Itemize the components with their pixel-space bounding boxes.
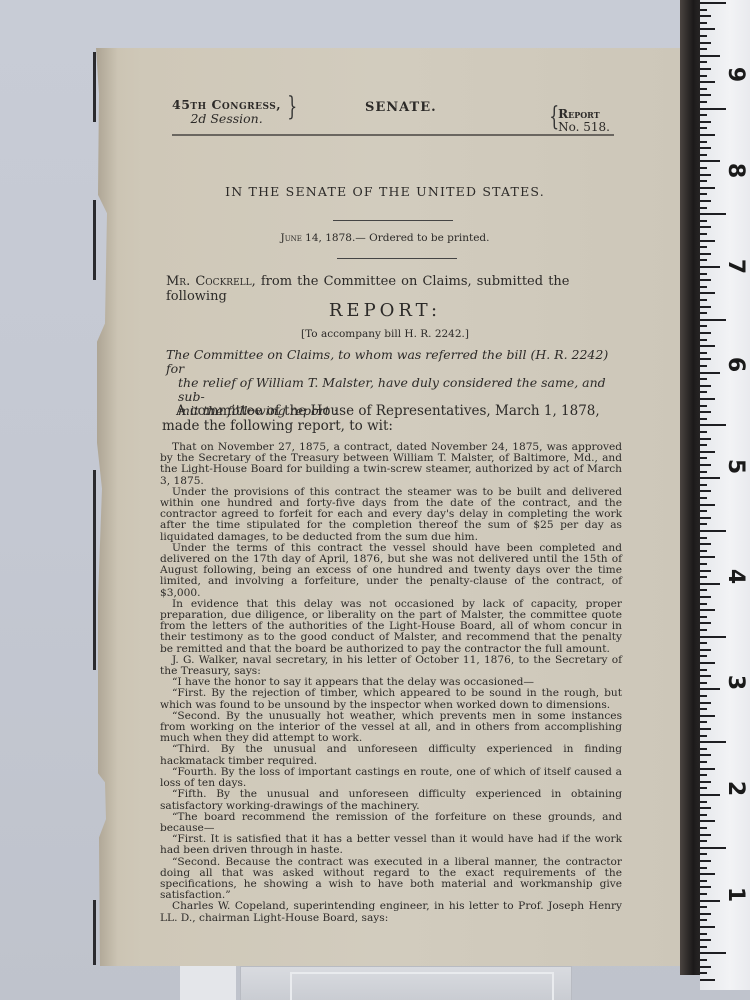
ruler-tick bbox=[700, 801, 707, 803]
ruler-tick bbox=[700, 438, 711, 440]
ruler-tick bbox=[700, 510, 707, 512]
document-header: 45th Congress, 2d Session. } SENATE. { R… bbox=[150, 92, 620, 132]
ruler-tick bbox=[700, 9, 707, 11]
ruler-tick bbox=[700, 299, 707, 301]
ruler-number: 6 bbox=[723, 357, 748, 372]
ruler-tick bbox=[700, 853, 707, 855]
ruler-tick bbox=[700, 834, 711, 836]
ruler-number: 8 bbox=[723, 163, 748, 178]
ruler-tick bbox=[700, 160, 720, 162]
ruler-tick bbox=[700, 768, 715, 770]
ruler-tick bbox=[700, 81, 715, 83]
ruler-tick bbox=[700, 735, 707, 737]
senator-name: Mr. Cockrell bbox=[166, 274, 252, 289]
ruler-tick bbox=[700, 959, 707, 961]
ruler-tick bbox=[700, 226, 711, 228]
ruler-tick bbox=[700, 966, 711, 968]
lead-paragraph: A committee of the House of Representati… bbox=[162, 404, 622, 434]
ruler-tick bbox=[700, 517, 711, 519]
ruler-tick bbox=[700, 754, 711, 756]
ruler-tick bbox=[700, 352, 707, 354]
ruler-tick bbox=[700, 933, 707, 935]
ruler-tick bbox=[700, 543, 711, 545]
ruler-tick bbox=[700, 497, 707, 499]
ruler-number: 2 bbox=[723, 781, 748, 796]
ruler-tick bbox=[700, 695, 707, 697]
ruler-tick bbox=[700, 240, 715, 242]
ruler-tick bbox=[700, 484, 707, 486]
ruler-tick bbox=[700, 886, 711, 888]
ruler-tick bbox=[700, 332, 711, 334]
ruler-shadow bbox=[680, 0, 702, 975]
ruler-tick bbox=[700, 523, 707, 525]
ruler-tick bbox=[700, 893, 707, 895]
ruler-tick bbox=[700, 563, 707, 565]
ruler-tick bbox=[700, 583, 720, 585]
body-paragraph: Under the terms of this contract the ves… bbox=[160, 543, 622, 599]
ruler-tick bbox=[700, 629, 707, 631]
ruler-tick bbox=[700, 418, 707, 420]
ruler-tick bbox=[700, 477, 720, 479]
ruler-tick bbox=[700, 385, 711, 387]
report-heading: REPORT: bbox=[150, 300, 620, 321]
body-paragraph: “The board recommend the remission of th… bbox=[160, 812, 622, 834]
ruler-tick bbox=[700, 233, 707, 235]
ruler-tick bbox=[700, 939, 711, 941]
ruler-tick bbox=[700, 213, 726, 215]
ruler-tick bbox=[700, 48, 707, 50]
ruler-tick bbox=[700, 391, 707, 393]
ruler-tick bbox=[700, 108, 726, 110]
ruler-tick bbox=[700, 266, 720, 268]
ruler-tick bbox=[700, 794, 720, 796]
ruler-tick bbox=[700, 781, 711, 783]
ruler-tick bbox=[700, 312, 707, 314]
ruler-tick bbox=[700, 424, 726, 426]
ruler-tick bbox=[700, 721, 707, 723]
body-paragraph: Charles W. Copeland, superintending engi… bbox=[160, 901, 622, 923]
ruler-tick bbox=[700, 662, 715, 664]
ruler-tick bbox=[700, 61, 707, 63]
ruler-tick bbox=[700, 279, 711, 281]
ruler-tick bbox=[700, 820, 715, 822]
ruler-tick bbox=[700, 642, 707, 644]
ruler-tick bbox=[700, 28, 715, 30]
ruler-tick bbox=[700, 675, 711, 677]
session-label: 2d Session. bbox=[172, 112, 281, 126]
intro-line: the relief of William T. Malster, have d… bbox=[166, 376, 622, 404]
report-number: No. 518. bbox=[558, 121, 610, 134]
ruler-tick bbox=[700, 576, 707, 578]
ruler-tick bbox=[700, 490, 711, 492]
ruler-tick bbox=[700, 860, 711, 862]
ruler-number: 1 bbox=[723, 887, 748, 902]
ruler-tick bbox=[700, 682, 707, 684]
acrylic-stand-inner bbox=[290, 972, 554, 1000]
ruler-tick bbox=[700, 451, 715, 453]
ruler-tick bbox=[700, 292, 715, 294]
ruler-tick bbox=[700, 946, 707, 948]
ruler-tick bbox=[700, 253, 711, 255]
ruler-tick bbox=[700, 167, 707, 169]
ruler-tick bbox=[700, 193, 707, 195]
ordered-date: June 14, 1878. bbox=[281, 232, 356, 244]
ruler-tick bbox=[700, 972, 707, 974]
chamber-label: SENATE. bbox=[365, 100, 437, 115]
ruler-tick bbox=[700, 596, 711, 598]
body-paragraph: “Third. By the unusual and unforeseen di… bbox=[160, 744, 622, 766]
ruler-tick bbox=[700, 306, 711, 308]
ruler-tick bbox=[700, 200, 711, 202]
ordered-to-print: June 14, 1878.— Ordered to be printed. bbox=[150, 232, 620, 244]
ruler-tick bbox=[700, 154, 707, 156]
ruler-tick bbox=[700, 68, 711, 70]
ruler-tick bbox=[700, 378, 707, 380]
ruler-tick bbox=[700, 121, 711, 123]
document-title: IN THE SENATE OF THE UNITED STATES. bbox=[150, 184, 620, 199]
ruler-tick bbox=[700, 926, 715, 928]
ruler-tick bbox=[700, 134, 715, 136]
ruler-tick bbox=[700, 906, 707, 908]
ruler-tick bbox=[700, 259, 707, 261]
ruler-tick bbox=[700, 900, 720, 902]
ruler-tick bbox=[700, 174, 711, 176]
ruler-tick bbox=[700, 530, 726, 532]
ruler-number: 4 bbox=[723, 569, 748, 584]
ruler-tick bbox=[700, 622, 711, 624]
ruler-tick bbox=[700, 880, 707, 882]
ruler-tick bbox=[700, 913, 711, 915]
accompany-bill: [To accompany bill H. R. 2242.] bbox=[150, 328, 620, 340]
body-paragraph: “Second. Because the contract was execut… bbox=[160, 857, 622, 902]
ruler-tick bbox=[700, 471, 707, 473]
ruler-tick bbox=[700, 847, 726, 849]
ruler-tick bbox=[700, 405, 707, 407]
ruler-tick bbox=[700, 702, 711, 704]
ruler-tick bbox=[700, 919, 707, 921]
ruler-tick bbox=[700, 35, 707, 37]
ruler-tick bbox=[700, 952, 726, 954]
ruler-tick bbox=[700, 319, 726, 321]
ruler-tick bbox=[700, 728, 711, 730]
ruler-tick bbox=[700, 114, 707, 116]
ruler-tick bbox=[700, 2, 726, 4]
ruler-tick bbox=[700, 187, 715, 189]
body-paragraph: Under the provisions of this contract th… bbox=[160, 487, 622, 543]
intro-line: The Committee on Claims, to whom was ref… bbox=[166, 348, 622, 376]
ruler-tick bbox=[700, 504, 715, 506]
ruler-tick bbox=[700, 464, 711, 466]
ruler-tick bbox=[700, 669, 707, 671]
ruler-tick bbox=[700, 220, 707, 222]
ruler-tick bbox=[700, 180, 707, 182]
ruler-tick bbox=[700, 365, 707, 367]
divider-rule bbox=[333, 220, 453, 221]
ruler-tick bbox=[700, 246, 707, 248]
ruler-tick bbox=[700, 873, 715, 875]
ruler-tick bbox=[700, 88, 707, 90]
ruler-tick bbox=[700, 15, 711, 17]
body-paragraph: In evidence that this delay was not occa… bbox=[160, 599, 622, 655]
stand-base bbox=[180, 966, 236, 1000]
ruler-tick bbox=[700, 286, 707, 288]
ruler-number: 7 bbox=[723, 259, 748, 274]
body-paragraph: “Fifth. By the unusual and unforeseen di… bbox=[160, 789, 622, 811]
ruler-tick bbox=[700, 774, 707, 776]
paper-edge-shadow bbox=[93, 900, 96, 965]
ruler-tick bbox=[700, 748, 707, 750]
ruler-tick bbox=[700, 339, 707, 341]
ruler-tick bbox=[700, 273, 707, 275]
body-paragraph: “Second. By the unusually hot weather, w… bbox=[160, 711, 622, 745]
paper-edge-shadow bbox=[93, 52, 96, 122]
ruler-tick bbox=[700, 345, 715, 347]
body-paragraph: “First. It is satisfied that it has a be… bbox=[160, 834, 622, 856]
body-paragraph: J. G. Walker, naval secretary, in his le… bbox=[160, 655, 622, 677]
ruler-tick bbox=[700, 141, 707, 143]
congress-session: 45th Congress, 2d Session. bbox=[172, 98, 281, 126]
ruler-tick bbox=[700, 127, 707, 129]
ruler-tick bbox=[700, 75, 707, 77]
ruler-tick bbox=[700, 398, 715, 400]
ruler-tick bbox=[700, 636, 726, 638]
paper-edge-shadow bbox=[93, 200, 96, 280]
right-brace-icon: } bbox=[287, 94, 297, 120]
ruler-number: 5 bbox=[723, 459, 748, 474]
ruler-tick bbox=[700, 457, 707, 459]
ruler-tick bbox=[700, 325, 707, 327]
ruler-tick bbox=[700, 550, 707, 552]
ruler-tick bbox=[700, 431, 707, 433]
ruler-tick bbox=[700, 101, 707, 103]
paper-edge-shadow bbox=[93, 470, 96, 670]
ruler-tick bbox=[700, 556, 715, 558]
ruler-tick bbox=[700, 372, 720, 374]
ruler-tick bbox=[700, 537, 707, 539]
ruler-tick bbox=[700, 807, 711, 809]
ruler-tick bbox=[700, 589, 707, 591]
ruler-tick bbox=[700, 147, 711, 149]
ruler-tick bbox=[700, 979, 715, 981]
ruler-tick bbox=[700, 708, 707, 710]
ruler-tick bbox=[700, 688, 720, 690]
ordered-text: — Ordered to be printed. bbox=[355, 232, 489, 244]
ruler-tick bbox=[700, 94, 711, 96]
ruler-tick bbox=[700, 616, 707, 618]
measuring-ruler: 9 8 7 6 5 4 3 2 1 bbox=[700, 0, 750, 990]
ruler-tick bbox=[700, 444, 707, 446]
ruler-tick bbox=[700, 358, 711, 360]
ruler-tick bbox=[700, 867, 707, 869]
ruler-tick bbox=[700, 761, 707, 763]
report-body: That on November 27, 1875, a contract, d… bbox=[160, 442, 622, 924]
body-paragraph: “First. By the rejection of timber, whic… bbox=[160, 688, 622, 710]
ruler-tick bbox=[700, 787, 707, 789]
senate-report: 45th Congress, 2d Session. } SENATE. { R… bbox=[150, 92, 620, 132]
ruler-tick bbox=[700, 603, 707, 605]
ruler-tick bbox=[700, 655, 707, 657]
ruler-tick bbox=[700, 42, 711, 44]
ruler-tick bbox=[700, 814, 707, 816]
body-paragraph: “Fourth. By the loss of important castin… bbox=[160, 767, 622, 789]
ruler-tick bbox=[700, 55, 720, 57]
ruler-tick bbox=[700, 827, 707, 829]
ruler-tick bbox=[700, 22, 707, 24]
ruler-tick bbox=[700, 411, 711, 413]
report-number-block: Report No. 518. bbox=[558, 108, 610, 134]
ruler-tick bbox=[700, 715, 715, 717]
ruler-tick bbox=[700, 741, 726, 743]
ruler-tick bbox=[700, 570, 711, 572]
header-rule bbox=[172, 134, 614, 136]
ruler-tick bbox=[700, 840, 707, 842]
ruler-tick bbox=[700, 207, 707, 209]
ruler-tick bbox=[700, 649, 711, 651]
congress-label: 45th Congress, bbox=[172, 98, 281, 112]
divider-rule bbox=[337, 258, 457, 259]
body-paragraph: That on November 27, 1875, a contract, d… bbox=[160, 442, 622, 487]
ruler-number: 9 bbox=[723, 67, 748, 82]
ruler-number: 3 bbox=[723, 675, 748, 690]
ruler-tick bbox=[700, 609, 715, 611]
